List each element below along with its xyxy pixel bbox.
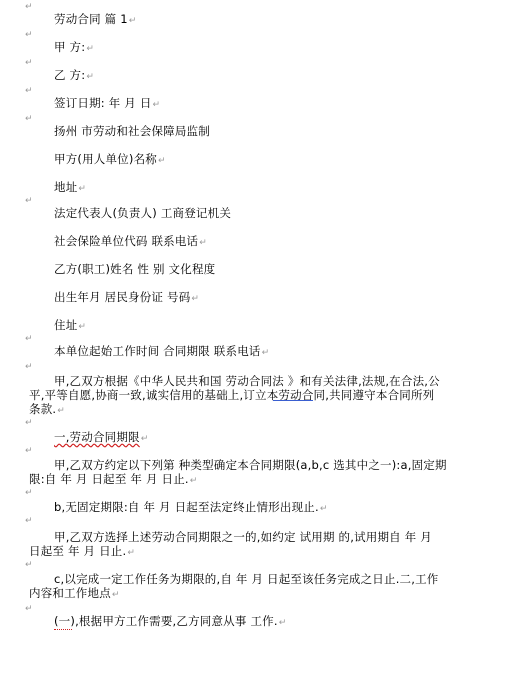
paragraph-mark-icon: ↵ xyxy=(112,590,120,600)
line-text: 社会保险单位代码 联系电话 xyxy=(54,234,198,248)
line-text: 甲方(用人单位)名称 xyxy=(54,152,157,166)
start-date-line[interactable]: 本单位起始工作时间 合同期限 联系电话↵ xyxy=(54,344,269,360)
paragraph-mark-icon: ↵ xyxy=(86,72,94,82)
line-text: 限:自 年 月 日起至 年 月 日止. xyxy=(29,472,189,486)
paragraph-mark-icon: ↵ xyxy=(127,548,135,558)
line-text: 乙 方: xyxy=(54,68,85,82)
term-type-line-2[interactable]: 限:自 年 月 日起至 年 月 日止.↵ xyxy=(29,472,198,488)
line-text: (一),根据甲方工作需要,乙方同意从事 工作. xyxy=(54,614,278,628)
task-term-line-2[interactable]: 内容和工作地点↵ xyxy=(29,586,120,602)
supervisor-line[interactable]: 扬州 市劳动和社会保障局监制 xyxy=(54,124,210,138)
paragraph-mark-icon: ↵ xyxy=(25,58,33,68)
paragraph-mark-icon: ↵ xyxy=(153,100,161,110)
preamble-line-3[interactable]: 条款.↵ xyxy=(29,402,65,418)
line-text: 签订日期: 年 月 日 xyxy=(54,96,152,110)
party-b-line[interactable]: 乙 方:↵ xyxy=(54,68,94,84)
line-text: 本单位起始工作时间 合同期限 联系电话 xyxy=(54,344,261,358)
document-page: ↵ ↵ ↵ ↵ ↵ ↵ ↵ ↵ ↵ ↵ ↵ ↵ ↵ ↵ 劳动合同 篇 1↵ 甲 … xyxy=(0,0,509,684)
work-content-line[interactable]: (一),根据甲方工作需要,乙方同意从事 工作.↵ xyxy=(54,614,286,630)
paragraph-mark-icon: ↵ xyxy=(25,30,33,40)
paragraph-mark-icon: ↵ xyxy=(25,196,33,206)
line-text: 条款. xyxy=(29,402,56,416)
paragraph-mark-icon: ↵ xyxy=(25,516,33,526)
line-text: 地址 xyxy=(54,180,77,194)
line-text: 住址 xyxy=(54,318,77,332)
paragraph-mark-icon: ↵ xyxy=(25,362,33,372)
employer-address-line[interactable]: 地址↵ xyxy=(54,180,86,196)
term-type-line-1[interactable]: 甲,乙双方约定以下列第 种类型确定本合同期限(a,b,c 选其中之一):a,固定… xyxy=(54,458,447,472)
line-text: c,以完成一定工作任务为期限的,自 年 月 日起至该任务完成之日止.二,工作 xyxy=(54,572,439,586)
line-text: 内容和工作地点 xyxy=(29,586,111,600)
line-text: 扬州 市劳动和社会保障局监制 xyxy=(54,124,210,138)
sign-date-line[interactable]: 签订日期: 年 月 日↵ xyxy=(54,96,160,112)
line-text: 法定代表人(负责人) 工商登记机关 xyxy=(54,206,231,220)
line-text: 出生年月 居民身份证 号码 xyxy=(54,290,190,304)
line-text: 劳动合同 篇 1 xyxy=(54,12,128,26)
grammar-underline xyxy=(273,400,313,401)
employee-name-line[interactable]: 乙方(职工)姓名 性 别 文化程度 xyxy=(54,262,215,276)
legal-rep-line[interactable]: 法定代表人(负责人) 工商登记机关 xyxy=(54,206,231,220)
probation-line-1[interactable]: 甲,乙双方选择上述劳动合同期限之一的,如约定 试用期 的,试用期自 年 月 xyxy=(54,530,432,544)
employer-name-line[interactable]: 甲方(用人单位)名称↵ xyxy=(54,152,166,168)
paragraph-mark-icon: ↵ xyxy=(279,618,287,628)
party-a-line[interactable]: 甲 方:↵ xyxy=(54,40,94,56)
line-text: 甲,乙双方约定以下列第 种类型确定本合同期限(a,b,c 选其中之一):a,固定… xyxy=(54,458,447,472)
social-insurance-line[interactable]: 社会保险单位代码 联系电话↵ xyxy=(54,234,207,250)
document-title[interactable]: 劳动合同 篇 1↵ xyxy=(54,12,136,28)
section-heading-contract-term[interactable]: 一,劳动合同期限↵ xyxy=(54,430,149,446)
line-text: 乙方(职工)姓名 性 别 文化程度 xyxy=(54,262,215,276)
paragraph-mark-icon: ↵ xyxy=(25,446,33,456)
paragraph-mark-icon: ↵ xyxy=(57,406,65,416)
employee-id-line[interactable]: 出生年月 居民身份证 号码↵ xyxy=(54,290,199,306)
line-text: 甲 方: xyxy=(54,40,85,54)
paragraph-mark-icon: ↵ xyxy=(25,114,33,124)
line-text: 日起至 年 月 日止. xyxy=(29,544,126,558)
paragraph-mark-icon: ↵ xyxy=(25,488,33,498)
paragraph-mark-icon: ↵ xyxy=(158,156,166,166)
paragraph-mark-icon: ↵ xyxy=(25,2,33,12)
preamble-line-1[interactable]: 甲,乙双方根据《中华人民共和国 劳动合同法 》和有关法律,法规,在合法,公 xyxy=(54,374,440,388)
paragraph-mark-icon: ↵ xyxy=(86,44,94,54)
paragraph-mark-icon: ↵ xyxy=(25,86,33,96)
paragraph-mark-icon: ↵ xyxy=(25,560,33,570)
line-text: 甲,乙双方根据《中华人民共和国 劳动合同法 》和有关法律,法规,在合法,公 xyxy=(54,374,440,388)
paragraph-mark-icon: ↵ xyxy=(78,322,86,332)
paragraph-mark-icon: ↵ xyxy=(199,238,207,248)
probation-line-2[interactable]: 日起至 年 月 日止.↵ xyxy=(29,544,135,560)
task-term-line-1[interactable]: c,以完成一定工作任务为期限的,自 年 月 日起至该任务完成之日止.二,工作 xyxy=(54,572,439,586)
paragraph-mark-icon: ↵ xyxy=(191,294,199,304)
preamble-line-2[interactable]: 平,平等自愿,协商一致,诚实信用的基础上,订立本劳动合同,共同遵守本合同所列 xyxy=(29,388,434,402)
open-term-line[interactable]: b,无固定期限:自 年 月 日起至法定终止情形出现止.↵ xyxy=(54,500,328,516)
line-text: 甲,乙双方选择上述劳动合同期限之一的,如约定 试用期 的,试用期自 年 月 xyxy=(54,530,432,544)
paragraph-mark-icon: ↵ xyxy=(25,604,33,614)
line-text: 一,劳动合同期限 xyxy=(54,430,140,444)
line-text: 平,平等自愿,协商一致,诚实信用的基础上,订立本劳动合同,共同遵守本合同所列 xyxy=(29,388,434,402)
line-text: b,无固定期限:自 年 月 日起至法定终止情形出现止. xyxy=(54,500,319,514)
paragraph-mark-icon: ↵ xyxy=(141,434,149,444)
employee-address-line[interactable]: 住址↵ xyxy=(54,318,86,334)
paragraph-mark-icon: ↵ xyxy=(129,16,137,26)
paragraph-mark-icon: ↵ xyxy=(25,418,33,428)
spelling-underline xyxy=(54,627,72,630)
paragraph-mark-icon: ↵ xyxy=(262,348,270,358)
paragraph-mark-icon: ↵ xyxy=(25,334,33,344)
paragraph-mark-icon: ↵ xyxy=(190,476,198,486)
paragraph-mark-icon: ↵ xyxy=(320,504,328,514)
paragraph-mark-icon: ↵ xyxy=(78,184,86,194)
